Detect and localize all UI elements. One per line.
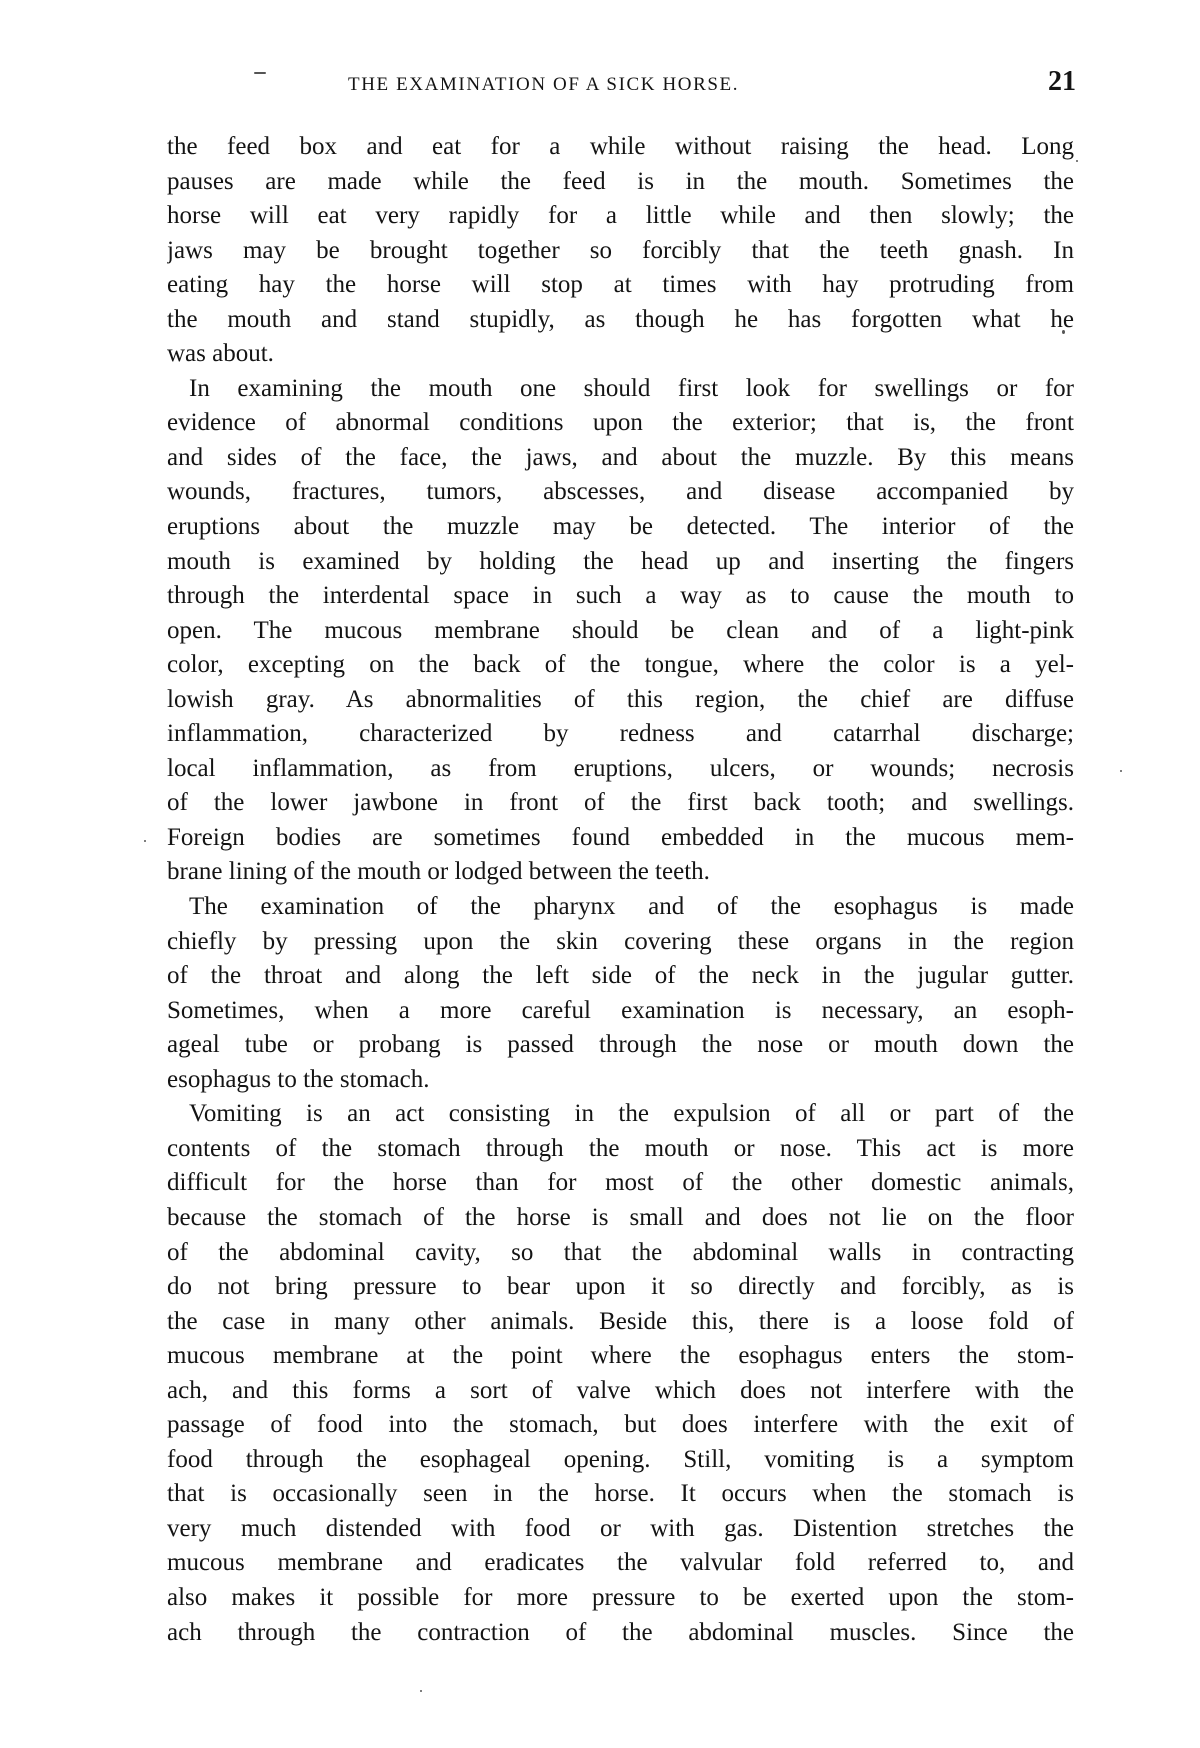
text-line: wounds, fractures, tumors, abscesses, an…	[167, 475, 1074, 510]
text-line: eating hay the horse will stop at times …	[167, 268, 1074, 303]
text-line: esophagus to the stomach.	[167, 1063, 1074, 1098]
scan-speck	[1120, 770, 1122, 772]
text-line: the mouth and stand stupidly, as though …	[167, 303, 1074, 338]
text-line: difficult for the horse than for most of…	[167, 1166, 1074, 1201]
text-line: local inflammation, as from eruptions, u…	[167, 752, 1074, 787]
running-title: THE EXAMINATION OF A SICK HORSE.	[348, 74, 739, 96]
text-line: ageal tube or probang is passed through …	[167, 1028, 1074, 1063]
text-line: brane lining of the mouth or lodged betw…	[167, 855, 1074, 890]
scan-speck	[254, 72, 266, 74]
text-line: horse will eat very rapidly for a little…	[167, 199, 1074, 234]
text-line: and sides of the face, the jaws, and abo…	[167, 441, 1074, 476]
text-line: lowish gray. As abnormalities of this re…	[167, 683, 1074, 718]
running-head: THE EXAMINATION OF A SICK HORSE. 21	[160, 66, 1080, 106]
text-line: color, excepting on the back of the tong…	[167, 648, 1074, 683]
paragraph: the feed box and eat for a while without…	[167, 130, 1074, 372]
text-line: ach through the contraction of the abdom…	[167, 1616, 1074, 1651]
text-line: of the abdominal cavity, so that the abd…	[167, 1236, 1074, 1271]
text-line: of the throat and along the left side of…	[167, 959, 1074, 994]
text-line: mouth is examined by holding the head up…	[167, 545, 1074, 580]
text-line: do not bring pressure to bear upon it so…	[167, 1270, 1074, 1305]
text-line: Foreign bodies are sometimes found embed…	[167, 821, 1074, 856]
page-number: 21	[1048, 66, 1076, 98]
text-line: also makes it possible for more pressure…	[167, 1581, 1074, 1616]
paragraph: In examining the mouth one should first …	[167, 372, 1074, 890]
text-line: inflammation, characterized by redness a…	[167, 717, 1074, 752]
text-line: The examination of the pharynx and of th…	[167, 890, 1074, 925]
text-line: that is occasionally seen in the horse. …	[167, 1477, 1074, 1512]
text-line: eruptions about the muzzle may be detect…	[167, 510, 1074, 545]
text-line: because the stomach of the horse is smal…	[167, 1201, 1074, 1236]
text-line: the feed box and eat for a while without…	[167, 130, 1074, 165]
book-page: THE EXAMINATION OF A SICK HORSE. 21 the …	[0, 0, 1200, 1748]
text-line: chiefly by pressing upon the skin coveri…	[167, 925, 1074, 960]
text-line: open. The mucous membrane should be clea…	[167, 614, 1074, 649]
text-line: pauses are made while the feed is in the…	[167, 165, 1074, 200]
text-line: In examining the mouth one should first …	[167, 372, 1074, 407]
scan-speck	[1062, 330, 1065, 334]
paragraph: Vomiting is an act consisting in the exp…	[167, 1097, 1074, 1650]
text-line: ach, and this forms a sort of valve whic…	[167, 1374, 1074, 1409]
text-line: passage of food into the stomach, but do…	[167, 1408, 1074, 1443]
text-line: evidence of abnormal conditions upon the…	[167, 406, 1074, 441]
text-line: Sometimes, when a more careful examinati…	[167, 994, 1074, 1029]
text-line: Vomiting is an act consisting in the exp…	[167, 1097, 1074, 1132]
scan-speck	[1076, 160, 1078, 162]
text-line: very much distended with food or with ga…	[167, 1512, 1074, 1547]
text-line: the case in many other animals. Beside t…	[167, 1305, 1074, 1340]
text-line: mucous membrane and eradicates the valvu…	[167, 1546, 1074, 1581]
text-line: food through the esophageal opening. Sti…	[167, 1443, 1074, 1478]
text-line: was about.	[167, 337, 1074, 372]
body-text: the feed box and eat for a while without…	[167, 130, 1074, 1650]
scan-speck	[144, 840, 146, 842]
text-line: mucous membrane at the point where the e…	[167, 1339, 1074, 1374]
scan-speck	[420, 1690, 422, 1692]
text-line: jaws may be brought together so forcibly…	[167, 234, 1074, 269]
paragraph: The examination of the pharynx and of th…	[167, 890, 1074, 1097]
text-line: contents of the stomach through the mout…	[167, 1132, 1074, 1167]
text-line: through the interdental space in such a …	[167, 579, 1074, 614]
text-line: of the lower jawbone in front of the fir…	[167, 786, 1074, 821]
